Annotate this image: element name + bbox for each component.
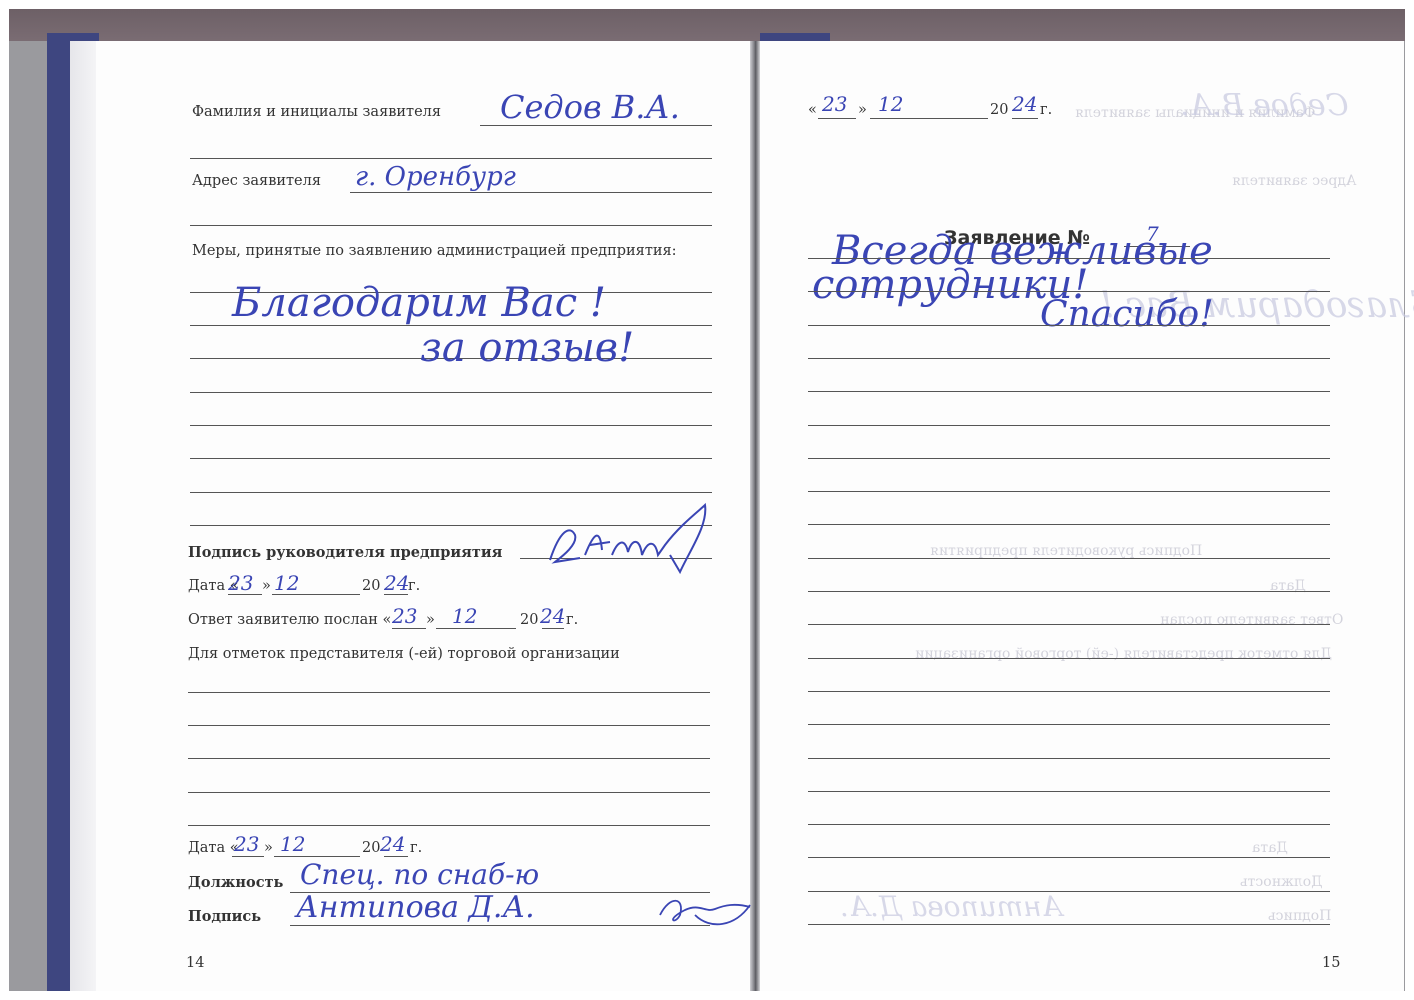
day-line	[392, 628, 426, 629]
year-line	[542, 628, 564, 629]
manager-signature-icon	[540, 500, 715, 580]
signature-flourish-icon	[655, 885, 755, 935]
measures-text-line-1[interactable]: Благодарим Вас !	[232, 280, 606, 326]
book-cover-top-right	[760, 33, 830, 41]
ruled-line	[188, 692, 710, 693]
date2-day[interactable]: 23	[234, 832, 259, 856]
ruled-line	[808, 325, 1330, 326]
page-stack-edge	[70, 41, 96, 991]
reply-sent-label: Ответ заявителю послан «	[188, 612, 391, 628]
ruled-line	[808, 558, 1330, 559]
year-suffix: г.	[410, 840, 422, 856]
book-top-edge	[9, 9, 1405, 41]
ruled-line	[190, 458, 712, 459]
year-prefix: 20	[990, 102, 1008, 118]
ruled-line	[188, 825, 710, 826]
book-gutter	[750, 41, 760, 991]
ruled-line	[808, 624, 1330, 625]
ruled-line	[808, 591, 1330, 592]
org-notes-label: Для отметок представителя (-ей) торговой…	[188, 646, 620, 662]
statement-day[interactable]: 23	[822, 92, 847, 116]
position-value[interactable]: Спец. по снаб-ю	[300, 858, 539, 891]
ruled-line	[808, 824, 1330, 825]
ruled-line	[808, 791, 1330, 792]
ruled-line	[808, 658, 1330, 659]
ruled-line	[190, 392, 712, 393]
ruled-line	[808, 491, 1330, 492]
position-label: Должность	[188, 874, 283, 891]
bleed-signature-label: Подпись	[1268, 908, 1331, 924]
year-suffix: г.	[408, 578, 420, 594]
ruled-line	[190, 225, 712, 226]
ruled-line	[808, 258, 1330, 259]
signature-label: Подпись	[188, 908, 261, 925]
ruled-line	[808, 758, 1330, 759]
bleed-reply-label: Ответ заявителю послан	[1160, 612, 1343, 628]
year-suffix: г.	[1040, 102, 1052, 118]
measures-label: Меры, принятые по заявлению администраци…	[192, 243, 677, 259]
date-sep: »	[264, 840, 273, 856]
year-line	[1012, 118, 1038, 119]
bleed-org-notes-label: Для отметок представителя (-ей) торговой…	[915, 646, 1332, 662]
applicant-name-label: Фамилия и инициалы заявителя	[192, 104, 441, 120]
month-line	[274, 856, 360, 857]
year-suffix: г.	[566, 612, 578, 628]
year-prefix: 20	[362, 578, 380, 594]
ruled-line	[188, 792, 710, 793]
bleed-address-label: Адрес заявителя	[1232, 173, 1357, 189]
page-number-right: 15	[1322, 955, 1340, 971]
month-line	[436, 628, 516, 629]
day-line	[232, 856, 264, 857]
page-number-left: 14	[186, 955, 204, 971]
date1-day[interactable]: 23	[228, 571, 253, 595]
ruled-line	[808, 425, 1330, 426]
ruled-line	[808, 857, 1330, 858]
applicant-name-value[interactable]: Седов В.А.	[500, 88, 680, 126]
date1-month[interactable]: 12	[274, 571, 299, 595]
date1-year[interactable]: 24	[384, 571, 409, 595]
statement-month[interactable]: 12	[878, 92, 903, 116]
manager-signature-label: Подпись руководителя предприятия	[188, 544, 502, 561]
reply-month[interactable]: 12	[452, 604, 477, 628]
year-line	[384, 856, 408, 857]
date-open-quote: «	[808, 102, 817, 118]
ruled-line	[188, 758, 710, 759]
applicant-address-line	[350, 192, 712, 193]
measures-text-line-2[interactable]: за отзыв!	[420, 325, 634, 371]
bleed-manager-label: Подпись руководителя предприятия	[930, 543, 1202, 559]
ruled-line	[190, 492, 712, 493]
month-line	[870, 118, 988, 119]
date2-month[interactable]: 12	[280, 832, 305, 856]
bleed-position-label: Должность	[1240, 874, 1323, 890]
bleed-handwriting: Седов В.А.	[1180, 88, 1349, 123]
date-sep: »	[426, 612, 435, 628]
ruled-line	[808, 891, 1330, 892]
ruled-line	[190, 425, 712, 426]
year-prefix: 20	[520, 612, 538, 628]
year-prefix: 20	[362, 840, 380, 856]
ruled-line	[188, 725, 710, 726]
signature-line	[290, 925, 710, 926]
bleed-handwriting: Антипова Д.А.	[840, 890, 1063, 923]
bleed-date2-label: Дата	[1252, 840, 1288, 856]
statement-year[interactable]: 24	[1012, 92, 1037, 116]
reply-year[interactable]: 24	[540, 604, 565, 628]
ruled-line	[808, 391, 1330, 392]
day-line	[818, 118, 856, 119]
applicant-address-value[interactable]: г. Оренбург	[355, 162, 516, 192]
date2-year[interactable]: 24	[380, 832, 405, 856]
ruled-line	[808, 524, 1330, 525]
ruled-line	[808, 691, 1330, 692]
date-sep: »	[858, 102, 867, 118]
ruled-line	[808, 358, 1330, 359]
reply-day[interactable]: 23	[392, 604, 417, 628]
applicant-address-label: Адрес заявителя	[192, 173, 321, 189]
ruled-line	[190, 158, 712, 159]
date-label: Дата «	[188, 840, 239, 856]
statement-text-line-3[interactable]: Спасибо!	[1040, 294, 1214, 335]
date-sep: »	[262, 578, 271, 594]
signature-value[interactable]: Антипова Д.А.	[296, 890, 535, 925]
ruled-line	[808, 458, 1330, 459]
ruled-line	[808, 724, 1330, 725]
ruled-line	[808, 924, 1330, 925]
ruled-line	[808, 291, 1330, 292]
